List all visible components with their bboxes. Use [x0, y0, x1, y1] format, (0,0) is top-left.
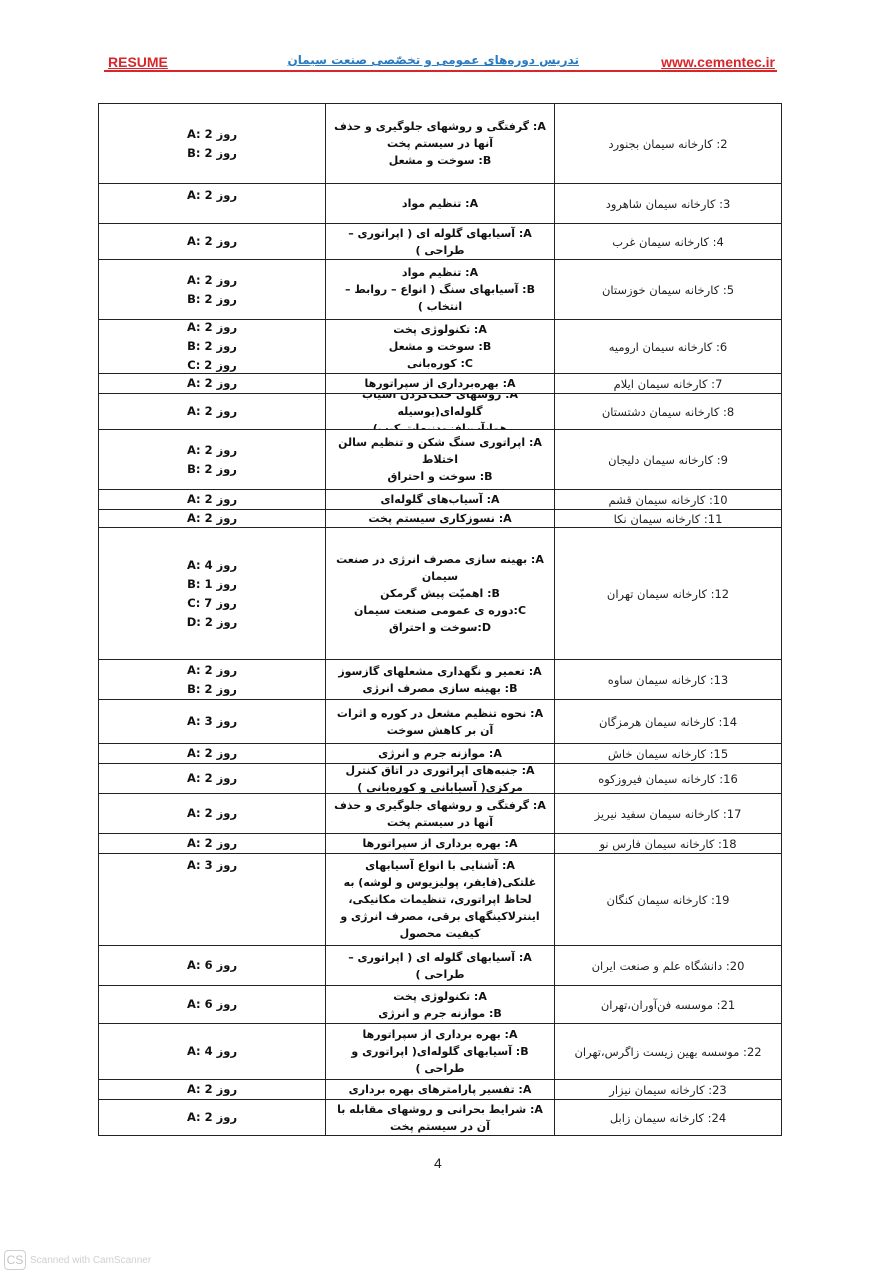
- course-title: A: تکنولوژی پخت: [393, 988, 487, 1005]
- organization-name: 2: کارخانه سیمان بجنورد: [608, 137, 727, 151]
- duration-cell: A: 2 روزB: 2 روز: [99, 104, 326, 183]
- duration-cell: A: 2 روز: [99, 510, 326, 527]
- duration-value: A: 6 روز: [187, 995, 237, 1014]
- organization-cell: 12: کارخانه سیمان تهران: [555, 528, 781, 659]
- course-title: A: روشهای خنک‌کردن آسیاب گلوله‌ای(بوسیله…: [332, 394, 548, 429]
- course-title: B: اهمیّت پیش گرمکن: [380, 585, 500, 602]
- organization-cell: 17: کارخانه سیمان سفید نیریز: [555, 794, 781, 833]
- duration-cell: A: 2 روز: [99, 490, 326, 509]
- duration-cell: A: 2 روز: [99, 834, 326, 853]
- organization-cell: 8: کارخانه سیمان دشتستان: [555, 394, 781, 429]
- course-title: A: تفسیر پارامترهای بهره برداری: [349, 1081, 532, 1098]
- duration-value: A: 2 روز: [187, 834, 237, 853]
- course-cell: A: تکنولوژی پختB: سوخت و مشعلC: کوره‌بان…: [326, 320, 555, 373]
- course-title: A: بهره برداری از سپراتورها: [363, 1026, 518, 1043]
- organization-cell: 9: کارخانه سیمان دلیجان: [555, 430, 781, 489]
- organization-cell: 4: کارخانه سیمان غرب: [555, 224, 781, 259]
- organization-cell: 21: موسسه فن‌آوران،تهران: [555, 986, 781, 1023]
- organization-cell: 2: کارخانه سیمان بجنورد: [555, 104, 781, 183]
- duration-value: C: 2 روز: [187, 356, 236, 373]
- course-cell: A: گرفتگی و روشهای جلوگیری و حذف آنها در…: [326, 794, 555, 833]
- duration-value: B: 2 روز: [187, 680, 237, 699]
- table-row: A: 2 روزA: نسوزکاری سیستم پخت11: کارخانه…: [99, 509, 781, 527]
- camscanner-watermark: CS Scanned with CamScanner: [4, 1250, 151, 1270]
- organization-name: 22: موسسه بهین زیست زاگرس،تهران: [574, 1045, 761, 1059]
- organization-cell: 24: کارخانه سیمان زابل: [555, 1100, 781, 1135]
- course-title: B: آسیابهای سنگ ( انواع – روابط – انتخاب…: [332, 281, 548, 315]
- training-courses-table: A: 2 روزB: 2 روزA: گرفتگی و روشهای جلوگی…: [98, 103, 782, 1136]
- duration-cell: A: 2 روزB: 2 روزC: 2 روز: [99, 320, 326, 373]
- table-row: A: 2 روزA: روشهای خنک‌کردن آسیاب گلوله‌ا…: [99, 393, 781, 429]
- course-cell: A: بهره برداری از سپراتورها: [326, 834, 555, 853]
- course-cell: A: تفسیر پارامترهای بهره برداری: [326, 1080, 555, 1099]
- organization-name: 10: کارخانه سیمان قشم: [608, 493, 727, 507]
- table-row: A: 6 روزA: تکنولوژی پختB: موازنه جرم و ا…: [99, 985, 781, 1023]
- duration-value: A: 2 روز: [187, 510, 237, 527]
- course-cell: A: نسوزکاری سیستم پخت: [326, 510, 555, 527]
- course-title: A: بهره‌برداری از سپراتورها: [364, 375, 515, 392]
- course-title: D:سوخت و احتراق: [389, 619, 491, 636]
- header-divider: [104, 70, 777, 72]
- duration-cell: A: 2 روز: [99, 184, 326, 223]
- organization-name: 4: کارخانه سیمان غرب: [612, 235, 724, 249]
- course-cell: A: بهره برداری از سپراتورهاB: آسیابهای گ…: [326, 1024, 555, 1079]
- organization-cell: 10: کارخانه سیمان قشم: [555, 490, 781, 509]
- course-title: A: گرفتگی و روشهای جلوگیری و حذف آنها در…: [332, 118, 548, 152]
- duration-value: A: 2 روز: [187, 186, 237, 205]
- organization-cell: 15: کارخانه سیمان خاش: [555, 744, 781, 763]
- organization-name: 16: کارخانه سیمان فیروزکوه: [598, 772, 738, 786]
- table-row: A: 2 روزA: موازنه جرم و انرژی15: کارخانه…: [99, 743, 781, 763]
- duration-value: A: 2 روز: [187, 320, 237, 337]
- organization-cell: 16: کارخانه سیمان فیروزکوه: [555, 764, 781, 793]
- course-title: C: کوره‌بانی: [407, 355, 473, 372]
- duration-value: A: 2 روز: [187, 1108, 237, 1127]
- duration-value: A: 2 روز: [187, 769, 237, 788]
- resume-label: RESUME: [108, 54, 168, 70]
- table-row: A: 2 روزA: تفسیر پارامترهای بهره برداری2…: [99, 1079, 781, 1099]
- duration-value: A: 2 روز: [187, 1080, 237, 1099]
- organization-name: 23: کارخانه سیمان نیزار: [609, 1083, 726, 1097]
- course-title: A: آسیاب‌های گلوله‌ای: [380, 491, 499, 508]
- organization-name: 24: کارخانه سیمان زابل: [610, 1111, 726, 1125]
- duration-value: A: 2 روز: [187, 804, 237, 823]
- table-row: A: 2 روزA: آسیاب‌های گلوله‌ای10: کارخانه…: [99, 489, 781, 509]
- duration-cell: A: 3 روز: [99, 854, 326, 945]
- course-cell: A: تعمیر و نگهداری مشعلهای گازسوزB: بهین…: [326, 660, 555, 699]
- table-row: A: 2 روزB: 2 روزA: تعمیر و نگهداری مشعله…: [99, 659, 781, 699]
- organization-name: 7: کارخانه سیمان ایلام: [614, 377, 723, 391]
- course-title: A: آسیابهای گلوله ای ( اپراتوری – طراحی …: [332, 225, 548, 259]
- organization-name: 8: کارخانه سیمان دشتستان: [602, 405, 734, 419]
- organization-cell: 6: کارخانه سیمان ارومیه: [555, 320, 781, 373]
- organization-cell: 18: کارخانه سیمان فارس نو: [555, 834, 781, 853]
- course-cell: A: نحوه تنظیم مشعل در کوره و اثرات آن بر…: [326, 700, 555, 743]
- duration-cell: A: 2 روزB: 2 روز: [99, 660, 326, 699]
- table-row: A: 6 روزA: آسیابهای گلوله ای ( اپراتوری …: [99, 945, 781, 985]
- organization-name: 12: کارخانه سیمان تهران: [607, 587, 729, 601]
- organization-name: 21: موسسه فن‌آوران،تهران: [601, 998, 735, 1012]
- course-title: A: تکنولوژی پخت: [393, 321, 487, 338]
- duration-cell: A: 6 روز: [99, 946, 326, 985]
- duration-value: A: 3 روز: [187, 856, 237, 875]
- table-row: A: 3 روزA: نحوه تنظیم مشعل در کوره و اثر…: [99, 699, 781, 743]
- course-title: B: موازنه جرم و انرژی: [378, 1005, 502, 1022]
- course-title: A: بهینه سازی مصرف انرژی در صنعت سیمان: [332, 551, 548, 585]
- course-cell: A: آشنایی با انواع آسیابهای غلتکی(فایفر،…: [326, 854, 555, 945]
- organization-cell: 14: کارخانه سیمان هرمزگان: [555, 700, 781, 743]
- table-row: A: 2 روزA: بهره برداری از سپراتورها18: ک…: [99, 833, 781, 853]
- organization-cell: 13: کارخانه سیمان ساوه: [555, 660, 781, 699]
- course-title: A: موازنه جرم و انرژی: [378, 745, 502, 762]
- duration-value: A: 2 روز: [187, 374, 237, 393]
- table-row: A: 2 روزB: 2 روزA: گرفتگی و روشهای جلوگی…: [99, 104, 781, 183]
- table-row: A: 2 روزB: 2 روزA: تنظیم موادB: آسیابهای…: [99, 259, 781, 319]
- duration-cell: A: 2 روز: [99, 374, 326, 393]
- course-cell: A: روشهای خنک‌کردن آسیاب گلوله‌ای(بوسیله…: [326, 394, 555, 429]
- table-row: A: 2 روزA: آسیابهای گلوله ای ( اپراتوری …: [99, 223, 781, 259]
- course-cell: A: آسیابهای گلوله ای ( اپراتوری – طراحی …: [326, 946, 555, 985]
- table-row: A: 2 روزA: جنبه‌های اپراتوری در اتاق کنت…: [99, 763, 781, 793]
- organization-name: 13: کارخانه سیمان ساوه: [608, 673, 728, 687]
- course-title: A: نحوه تنظیم مشعل در کوره و اثرات آن بر…: [332, 705, 548, 739]
- organization-name: 5: کارخانه سیمان خوزستان: [602, 283, 734, 297]
- page-number: 4: [434, 1155, 442, 1171]
- duration-value: A: 2 روز: [187, 125, 237, 144]
- table-row: A: 2 روزA: گرفتگی و روشهای جلوگیری و حذف…: [99, 793, 781, 833]
- duration-cell: A: 2 روز: [99, 744, 326, 763]
- duration-value: B: 2 روز: [187, 337, 237, 356]
- table-row: A: 2 روزA: شرایط بحرانی و روشهای مقابله …: [99, 1099, 781, 1135]
- duration-cell: A: 2 روزB: 2 روز: [99, 260, 326, 319]
- organization-name: 18: کارخانه سیمان فارس نو: [599, 837, 736, 851]
- duration-cell: A: 4 روز: [99, 1024, 326, 1079]
- duration-cell: A: 2 روز: [99, 794, 326, 833]
- duration-value: A: 4 روز: [187, 1042, 237, 1061]
- duration-value: A: 3 روز: [187, 712, 237, 731]
- duration-cell: A: 2 روز: [99, 764, 326, 793]
- table-row: A: 2 روزA: تنظیم مواد3: کارخانه سیمان شا…: [99, 183, 781, 223]
- organization-cell: 20: دانشگاه علم و صنعت ایران: [555, 946, 781, 985]
- header-title: تدریس دوره‌های عمومی و تخصّصی صنعت سیمان: [304, 53, 579, 67]
- organization-cell: 7: کارخانه سیمان ایلام: [555, 374, 781, 393]
- duration-value: A: 6 روز: [187, 956, 237, 975]
- table-row: A: 2 روزA: بهره‌برداری از سپراتورها7: کا…: [99, 373, 781, 393]
- organization-cell: 5: کارخانه سیمان خوزستان: [555, 260, 781, 319]
- course-cell: A: گرفتگی و روشهای جلوگیری و حذف آنها در…: [326, 104, 555, 183]
- duration-value: B: 1 روز: [187, 575, 237, 594]
- duration-value: A: 2 روز: [187, 402, 237, 421]
- duration-cell: A: 2 روز: [99, 394, 326, 429]
- duration-value: B: 2 روز: [187, 290, 237, 309]
- course-title: B: سوخت و مشعل: [389, 338, 491, 355]
- course-cell: A: اپراتوری سنگ شکن و تنظیم سالن اختلاطB…: [326, 430, 555, 489]
- watermark-text: Scanned with CamScanner: [30, 1255, 151, 1266]
- course-cell: A: شرایط بحرانی و روشهای مقابله با آن در…: [326, 1100, 555, 1135]
- duration-value: A: 2 روز: [187, 744, 237, 763]
- table-row: A: 3 روزA: آشنایی با انواع آسیابهای غلتک…: [99, 853, 781, 945]
- table-row: A: 2 روزB: 2 روزA: اپراتوری سنگ شکن و تن…: [99, 429, 781, 489]
- duration-value: D: 2 روز: [187, 613, 238, 632]
- course-cell: A: تنظیم مواد: [326, 184, 555, 223]
- organization-name: 15: کارخانه سیمان خاش: [608, 747, 728, 761]
- course-cell: A: بهره‌برداری از سپراتورها: [326, 374, 555, 393]
- course-title: C:دوره ی عمومی صنعت سیمان: [354, 602, 526, 619]
- duration-value: A: 2 روز: [187, 661, 237, 680]
- table-row: A: 4 روزA: بهره برداری از سپراتورهاB: آس…: [99, 1023, 781, 1079]
- course-cell: A: تکنولوژی پختB: موازنه جرم و انرژی: [326, 986, 555, 1023]
- organization-name: 11: کارخانه سیمان نکا: [614, 512, 723, 526]
- course-title: B: سوخت و احتراق: [387, 468, 492, 485]
- organization-name: 6: کارخانه سیمان ارومیه: [609, 340, 727, 354]
- course-title: A: گرفتگی و روشهای جلوگیری و حذف آنها در…: [332, 797, 548, 831]
- course-cell: A: جنبه‌های اپراتوری در اتاق کنترل مرکزی…: [326, 764, 555, 793]
- duration-cell: A: 2 روز: [99, 1080, 326, 1099]
- course-cell: A: بهینه سازی مصرف انرژی در صنعت سیمانB:…: [326, 528, 555, 659]
- website-link[interactable]: www.cementec.ir: [661, 54, 775, 70]
- organization-cell: 22: موسسه بهین زیست زاگرس،تهران: [555, 1024, 781, 1079]
- organization-cell: 19: کارخانه سیمان کنگان: [555, 854, 781, 945]
- duration-cell: A: 6 روز: [99, 986, 326, 1023]
- course-title: A: جنبه‌های اپراتوری در اتاق کنترل مرکزی…: [332, 764, 548, 793]
- organization-name: 14: کارخانه سیمان هرمزگان: [599, 715, 737, 729]
- course-title: A: نسوزکاری سیستم پخت: [368, 510, 511, 527]
- duration-cell: A: 2 روز: [99, 1100, 326, 1135]
- table-row: A: 4 روزB: 1 روزC: 7 روزD: 2 روزA: بهینه…: [99, 527, 781, 659]
- course-cell: A: آسیاب‌های گلوله‌ای: [326, 490, 555, 509]
- duration-value: A: 2 روز: [187, 232, 237, 251]
- course-title: A: تنظیم مواد: [402, 264, 478, 281]
- duration-cell: A: 4 روزB: 1 روزC: 7 روزD: 2 روز: [99, 528, 326, 659]
- course-cell: A: تنظیم موادB: آسیابهای سنگ ( انواع – ر…: [326, 260, 555, 319]
- duration-value: A: 4 روز: [187, 556, 237, 575]
- course-title: A: بهره برداری از سپراتورها: [363, 835, 518, 852]
- duration-cell: A: 2 روزB: 2 روز: [99, 430, 326, 489]
- organization-name: 20: دانشگاه علم و صنعت ایران: [592, 959, 745, 973]
- course-title: B: بهینه سازی مصرف انرژی: [363, 680, 518, 697]
- course-title: B: آسیابهای گلوله‌ای( اپراتوری و طراحی ): [332, 1043, 548, 1077]
- course-title: A: تنظیم مواد: [402, 195, 478, 212]
- course-cell: A: موازنه جرم و انرژی: [326, 744, 555, 763]
- organization-name: 19: کارخانه سیمان کنگان: [607, 893, 730, 907]
- table-row: A: 2 روزB: 2 روزC: 2 روزA: تکنولوژی پختB…: [99, 319, 781, 373]
- course-title: B: سوخت و مشعل: [389, 152, 491, 169]
- duration-value: A: 2 روز: [187, 441, 237, 460]
- organization-name: 17: کارخانه سیمان سفید نیریز: [595, 807, 742, 821]
- organization-cell: 11: کارخانه سیمان نکا: [555, 510, 781, 527]
- camscanner-logo-icon: CS: [4, 1250, 26, 1270]
- duration-cell: A: 2 روز: [99, 224, 326, 259]
- organization-cell: 3: کارخانه سیمان شاهرود: [555, 184, 781, 223]
- duration-value: A: 2 روز: [187, 271, 237, 290]
- course-title: A: آسیابهای گلوله ای ( اپراتوری – طراحی …: [332, 949, 548, 983]
- duration-value: C: 7 روز: [187, 594, 236, 613]
- course-cell: A: آسیابهای گلوله ای ( اپراتوری – طراحی …: [326, 224, 555, 259]
- organization-cell: 23: کارخانه سیمان نیزار: [555, 1080, 781, 1099]
- organization-name: 9: کارخانه سیمان دلیجان: [608, 453, 728, 467]
- duration-value: A: 2 روز: [187, 490, 237, 509]
- duration-cell: A: 3 روز: [99, 700, 326, 743]
- duration-value: B: 2 روز: [187, 144, 237, 163]
- course-title: A: شرایط بحرانی و روشهای مقابله با آن در…: [332, 1101, 548, 1135]
- duration-value: B: 2 روز: [187, 460, 237, 479]
- course-title: A: تعمیر و نگهداری مشعلهای گازسوز: [338, 663, 541, 680]
- course-title: A: اپراتوری سنگ شکن و تنظیم سالن اختلاط: [332, 434, 548, 468]
- course-title: A: آشنایی با انواع آسیابهای غلتکی(فایفر،…: [332, 857, 548, 942]
- organization-name: 3: کارخانه سیمان شاهرود: [606, 197, 731, 211]
